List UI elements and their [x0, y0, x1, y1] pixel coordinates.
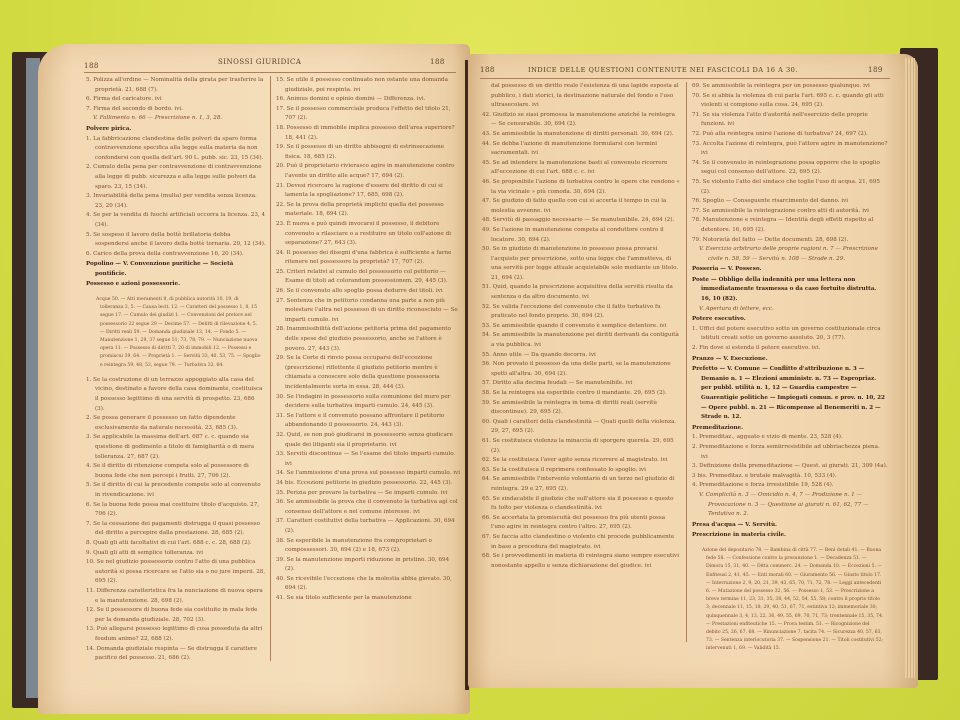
- index-entry: 58. Se la reintegra sia esperibile contr…: [482, 389, 680, 399]
- index-entry: 16. Animus domini e opinio domini — Diff…: [276, 95, 460, 105]
- index-entry: 55. Anno utile — Da quando decorra. ivi: [482, 351, 680, 361]
- index-entry: 39. Se la manutenzione importi riduzione…: [276, 556, 460, 575]
- see-also: V. Complicità n. 3 — Omicidio n. 4, 7 — …: [692, 491, 888, 520]
- index-summary: Acque 50. — Atti meramenti 8, di pubblic…: [86, 296, 266, 370]
- index-entry: 30. Se l'indagini in possessorio sulla c…: [276, 393, 460, 412]
- index-entry: 4. Se il diritto di ritenzione competa s…: [86, 462, 266, 481]
- index-entry: 72. Può alla reintegra unirsi l'azione d…: [692, 130, 888, 140]
- index-entry: 59. Se ammissibile la reintegra in tema …: [482, 399, 680, 418]
- index-entry: 1. La fabbricazione clandestina delle po…: [86, 135, 266, 164]
- index-entry: 63. Se la costituisca il reprimere confe…: [482, 466, 680, 476]
- index-entry: 5. Polizza all'ordine — Nominalità della…: [86, 76, 266, 95]
- page-number: 189: [868, 66, 883, 74]
- index-entry: 34. Se l'ammissione d'una prova sul poss…: [276, 469, 460, 479]
- index-entry: 35. Perizia per provare la turbativa — S…: [276, 489, 460, 499]
- index-entry: 31. Se l'attore e il convenuto possano a…: [276, 412, 460, 431]
- index-heading: Posseria — V. Posseso.: [692, 265, 888, 275]
- left-page-column-1: 5. Polizza all'ordine — Nominalità della…: [86, 76, 266, 664]
- index-entry: 8. Quali gli atti facoltativi di cui l'a…: [86, 539, 266, 549]
- index-heading: Polvere pirica.: [86, 125, 266, 135]
- index-entry: 13. Può allegarsi possesso legittimo di …: [86, 625, 266, 644]
- index-entry: 3. Invariabilità della pena (multa) per …: [86, 192, 266, 211]
- index-entry: 3. Se applicabile la massima dell'art. 6…: [86, 433, 266, 462]
- index-entry: 38. Se esperibile la manutenzione fra co…: [276, 537, 460, 556]
- index-entry: 57. Diritto alla decima feudali — Se man…: [482, 379, 680, 389]
- index-entry: 36. Se ammissibile la prova che il conve…: [276, 498, 460, 517]
- index-heading: Popolino — V. Convenzione puritiche — So…: [86, 260, 266, 279]
- index-entry: 2. Se possa generare il possesso un fatt…: [86, 414, 266, 433]
- index-entry: 60. Quali i caratteri della clandestinit…: [482, 418, 680, 437]
- index-entry: 2. Fin dove si estenda il potere esecuti…: [692, 344, 888, 354]
- left-page-column-2: 15. Se utile il possesso continuato non …: [276, 76, 460, 604]
- index-heading: Poste — Obbligo della indennità per una …: [692, 276, 888, 305]
- index-entry: 62. Se la costituisca l'aver agito senza…: [482, 456, 680, 466]
- right-page: 188 INDICE DELLE QUESTIONI CONTENUTE NEI…: [468, 54, 918, 688]
- index-heading: Possesso e azioni possessorie.: [86, 280, 266, 290]
- index-entry: 6. Se la buona fede possa mai costituire…: [86, 501, 266, 520]
- index-entry: 73. Accolta l'azione di reintegra, può l…: [692, 140, 888, 159]
- book-page-edge-right: [905, 58, 915, 678]
- index-entry: 23. È nuova e può quindi invocarsi il po…: [276, 220, 460, 249]
- index-heading: Premeditazione.: [692, 424, 888, 434]
- right-page-column-2: 69. Se ammissibile la reintegra per un p…: [692, 82, 888, 660]
- index-entry: 25. Criteri relativi al cumulo del posse…: [276, 268, 460, 287]
- index-entry: 27. Sentenza che in petitorio condanna u…: [276, 297, 460, 326]
- index-entry: 17. Se il possesso commerciale produca l…: [276, 105, 460, 124]
- column-rule: [270, 76, 271, 661]
- index-entry: 45. Se ad intendere la manutenzione bast…: [482, 159, 680, 178]
- index-entry: 41. Se sia titolo sufficiente per la man…: [276, 594, 460, 604]
- index-entry: 67. Se faccia atto clandestino o violent…: [482, 533, 680, 552]
- index-entry: 43. Se ammissibile la manutenzione di di…: [482, 130, 680, 140]
- index-entry: 71. Se sia violenza l'atto d'autorità ne…: [692, 111, 888, 130]
- index-entry: 32. Quid, se non può giudicarsi in posse…: [276, 431, 460, 450]
- index-entry: 28. Inammissibilità dell'azione petitori…: [276, 325, 460, 354]
- header-rule: [84, 72, 456, 73]
- index-entry: 54. Se ammissibile la manutenzione pei d…: [482, 331, 680, 350]
- left-page: 188 SINOSSI GIURIDICA 188 5. Polizza all…: [38, 44, 470, 714]
- index-entry: 77. Se ammissibile la reintegrazione con…: [692, 207, 888, 217]
- page-number: 188: [430, 58, 445, 66]
- index-entry: 7. Se la cessazione dei pagamenti distru…: [86, 520, 266, 539]
- index-entry: 1. Uffici del potere esecutivo sotto un …: [692, 325, 888, 344]
- index-entry: 6. Firma del caricatore. ivi: [86, 95, 266, 105]
- index-entry: 34 bis. Eccezioni petitorie in giudizio …: [276, 479, 460, 489]
- page-number: 188: [84, 62, 99, 70]
- see-also: V. Apertura di lettere, ecc.: [692, 305, 888, 315]
- index-heading: Pranzo — V. Esecuzione.: [692, 355, 888, 365]
- index-entry: 24. Il possesso dei disegni d'una fabbri…: [276, 249, 460, 268]
- index-heading: Potere esecutivo.: [692, 315, 888, 325]
- index-entry: 4. Se per la vendita di fuochi artificia…: [86, 211, 266, 230]
- running-title: INDICE DELLE QUESTIONI CONTENUTE NEI FAS…: [528, 66, 798, 74]
- header-rule: [480, 78, 890, 79]
- page-number: 188: [480, 66, 495, 74]
- index-entry: 66. Se accertata la promiscuità del poss…: [482, 514, 680, 533]
- index-entry: 74. Se il convenuto in reintegrazione po…: [692, 159, 888, 178]
- index-entry: 15. Se utile il possesso continuato non …: [276, 76, 460, 95]
- index-entry: 78. Manutenzione e reintegra — Identità …: [692, 216, 888, 235]
- index-entry: 5. Se il diritto di cui la precedente co…: [86, 481, 266, 500]
- index-entry: 7. Firma del secondo di bordo. ivi.: [86, 105, 266, 115]
- index-entry: 70. Se si abbia la violenza di cui parla…: [692, 92, 888, 111]
- index-entry: 65. Se sindacabile il giudizio che sull'…: [482, 495, 680, 514]
- index-entry: 50. Se in giudizio di manutenzione in po…: [482, 245, 680, 283]
- index-entry: 37. Caratteri costitutivi della turbativ…: [276, 517, 460, 536]
- index-entry: 48. Servitù di passaggio necessario — Se…: [482, 216, 680, 226]
- index-entry: 21. Devesi ricercare la ragione d'essere…: [276, 182, 460, 201]
- index-entry: 22. Se la prova della proprietà implichi…: [276, 201, 460, 220]
- index-heading: Prescrizione in materia civile.: [692, 531, 888, 541]
- index-entry: 18. Possesso di immobile implica possess…: [276, 124, 460, 143]
- index-entry: 64. Se ammissibile l'intervento volontar…: [482, 475, 680, 494]
- index-entry: 53. Se ammissibile quando il convenuto è…: [482, 322, 680, 332]
- index-entry: 10. Se nel giudizio possessorio contro l…: [86, 558, 266, 587]
- index-entry: 44. Se debba l'azione di manutenzione fo…: [482, 140, 680, 159]
- index-entry: 9. Quali gli atti di semplice tolleranza…: [86, 549, 266, 559]
- see-also: V. Esercizio arbitrario delle proprie ra…: [692, 245, 888, 264]
- index-entry: 49. Se l'azione in manutenzione competa …: [482, 226, 680, 245]
- index-entry: 79. Notorietà del fatto — Dette document…: [692, 236, 888, 246]
- index-entry: 3 bis. Premeditaz. e brutale malvagità. …: [692, 472, 888, 482]
- index-heading: Prefetto — V. Comune — Conflitto d'attri…: [692, 365, 888, 423]
- index-entry: 29. Se la Corte di rinvio possa occupars…: [276, 354, 460, 392]
- index-entry: 75. Se violento l'atto del sindaco che t…: [692, 178, 888, 197]
- index-entry: 47. Se giudizio di fatto quello con cui …: [482, 197, 680, 216]
- index-entry: 33. Servitù discontinue — Se l'esame del…: [276, 450, 460, 469]
- index-entry: 52. Se valida l'eccezione del convenuto …: [482, 303, 680, 322]
- see-also: V. Fallimento n. 66 — Prescrizione n. 1,…: [86, 114, 266, 124]
- index-entry: dal possesso di un diritto reale l'esist…: [482, 82, 680, 111]
- running-title: SINOSSI GIURIDICA: [218, 58, 301, 66]
- index-entry: 5. Se sospeso il lavoro della bottè bril…: [86, 231, 266, 250]
- index-entry: 4. Premeditazione e forza irresistibile …: [692, 481, 888, 491]
- index-entry: 2. Cumulo della pena per contravvenzione…: [86, 163, 266, 192]
- index-heading: Presa d'acqua — V. Servitù.: [692, 521, 888, 531]
- index-entry: 46. Se proponibile l'azione di turbativa…: [482, 178, 680, 197]
- index-entry: 6. Carico della prova della contravvenzi…: [86, 250, 266, 260]
- index-entry: 51. Quid, quando la prescrizione acquisi…: [482, 283, 680, 302]
- index-entry: 3. Definizione della premeditazione — Qu…: [692, 462, 888, 472]
- index-entry: 61. Se costituisca violenza la minaccia …: [482, 437, 680, 456]
- right-page-column-1: dal possesso di un diritto reale l'esist…: [482, 82, 680, 571]
- index-entry: 1. Premeditaz., agguato e vizio di mente…: [692, 433, 888, 443]
- index-entry: 68. Se i provvedimenti in materia di rei…: [482, 552, 680, 571]
- index-entry: 40. Se ricevibile l'eccezione che la mol…: [276, 575, 460, 594]
- index-entry: 56. Non provato il possesso da una delle…: [482, 360, 680, 379]
- column-rule: [686, 82, 687, 642]
- index-entry: 1. Se la costruzione di un terrazzo appo…: [86, 376, 266, 414]
- index-entry: 69. Se ammissibile la reintegra per un p…: [692, 82, 888, 92]
- index-entry: 11. Differenza caratteristica fra la nun…: [86, 587, 266, 606]
- index-entry: 20. Può il proprietario rivierasco agire…: [276, 162, 460, 181]
- index-entry: 76. Spoglio — Conseguente risarcimento d…: [692, 197, 888, 207]
- index-summary: Azione del depositario 78. — Bambina di …: [692, 547, 888, 654]
- index-entry: 26. Se il convenuto allo spoglio possa d…: [276, 287, 460, 297]
- index-entry: 14. Domanda giudiziale respinta — Se dis…: [86, 645, 266, 664]
- index-entry: 12. Se il possessore di buona fede sia c…: [86, 606, 266, 625]
- index-entry: 2. Premeditazione e forza semiirresistib…: [692, 443, 888, 462]
- index-entry: 19. Se il possesso di un diritto abbisog…: [276, 143, 460, 162]
- index-entry: 42. Giudizio se siasi promossa la manute…: [482, 111, 680, 130]
